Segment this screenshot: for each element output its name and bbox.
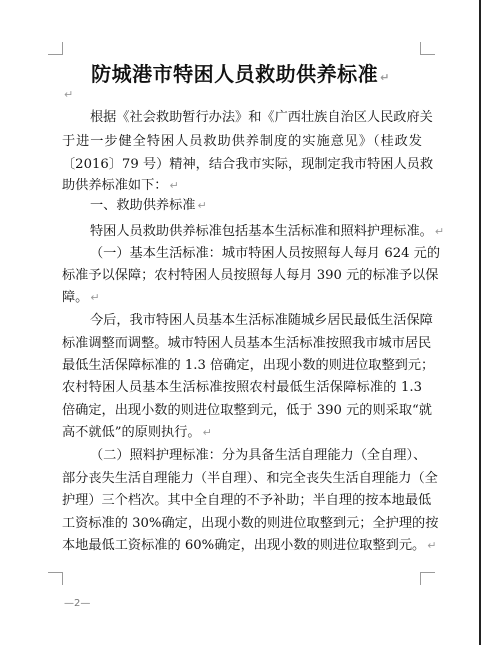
text-line: 一、救助供养标准↵ xyxy=(90,197,422,215)
page-number: —2— xyxy=(64,598,90,609)
text-line-content: 工资标准的 30%确定，出现小数的则进位取整到元；全护理的按 xyxy=(62,516,438,531)
text-line-content: 本地最低工资标准的 60%确定，出现小数的则进位取整到元。 xyxy=(62,538,425,553)
text-line: 倍确定，出现小数的则进位取整到元，低于 390 元的则采取“就 xyxy=(62,402,422,420)
text-line: 标准调整而调整。城市特困人员基本生活标准按照我市城市居民 xyxy=(62,335,422,353)
text-line-content: 护理）三个档次。其中全自理的不予补助；半自理的按本地最低 xyxy=(62,493,431,508)
text-line-content: 农村特困人员基本生活标准按照农村最低生活保障标准的 1.3 xyxy=(62,380,422,395)
text-line: 障。↵ xyxy=(62,289,422,307)
text-line-content: 特困人员救助供养标准包括基本生活标准和照料护理标准。 xyxy=(90,224,433,239)
text-line-content: 〔2016〕79 号）精神，结合我市实际，现制定我市特困人员救 xyxy=(62,157,433,172)
text-line: （二）照料护理标准：分为具备生活自理能力（全自理）、 xyxy=(90,447,422,465)
paragraph-mark-icon: ↵ xyxy=(170,179,179,192)
text-line-content: 助供养标准如下： xyxy=(62,178,168,193)
text-line: 部分丧失生活自理能力（半自理）、和完全丧失生活自理能力（全 xyxy=(62,470,422,488)
text-line-content: 倍确定，出现小数的则进位取整到元，低于 390 元的则采取“就 xyxy=(62,403,432,418)
empty-paragraph-mark-icon: ↵ xyxy=(64,88,73,101)
paragraph-mark-icon: ↵ xyxy=(427,539,436,552)
paragraph-mark-icon: ↵ xyxy=(90,291,99,304)
paragraph-mark-icon: ↵ xyxy=(435,225,444,238)
text-line: 标准予以保障；农村特困人员按照每人每月 390 元的标准予以保 xyxy=(62,267,422,285)
text-line-content: （二）照料护理标准：分为具备生活自理能力（全自理）、 xyxy=(90,448,426,463)
text-line: 高不就低”的原则执行。↵ xyxy=(62,424,422,442)
paragraph-mark-icon: ↵ xyxy=(380,71,390,84)
document-title-text: 防城港市特困人员救助供养标准 xyxy=(91,62,378,86)
crop-mark-top-right xyxy=(420,42,435,55)
crop-mark-bottom-left xyxy=(48,572,63,585)
paragraph-mark-icon: ↵ xyxy=(198,199,207,212)
text-line: （一）基本生活标准：城市特困人员按照每人每月 624 元的 xyxy=(90,245,422,263)
text-line-content: 今后，我市特困人员基本生活标准随城乡居民最低生活保障 xyxy=(90,313,433,328)
crop-mark-top-left xyxy=(48,42,63,55)
text-line: 根据《社会救助暂行办法》和《广西壮族自治区人民政府关 xyxy=(90,109,422,127)
document-title: 防城港市特困人员救助供养标准↵ xyxy=(0,58,481,87)
text-line: 本地最低工资标准的 60%确定，出现小数的则进位取整到元。↵ xyxy=(62,537,422,555)
text-line-content: 障。 xyxy=(62,290,88,305)
crop-mark-bottom-right xyxy=(420,572,435,585)
paragraph-mark-icon: ↵ xyxy=(203,426,212,439)
text-line: 农村特困人员基本生活标准按照农村最低生活保障标准的 1.3 xyxy=(62,379,422,397)
text-line-content: （一）基本生活标准：城市特困人员按照每人每月 624 元的 xyxy=(90,246,440,261)
text-line: 〔2016〕79 号）精神，结合我市实际，现制定我市特困人员救 xyxy=(62,156,422,174)
text-line: 于进一步健全特困人员救助供养制度的实施意见》（桂政发 xyxy=(62,133,422,151)
text-line-content: 高不就低”的原则执行。 xyxy=(62,425,201,440)
text-line-content: 部分丧失生活自理能力（半自理）、和完全丧失生活自理能力（全 xyxy=(62,471,438,486)
text-line-content: 于进一步健全特困人员救助供养制度的实施意见》（桂政发 xyxy=(62,134,422,149)
text-line-content: 根据《社会救助暂行办法》和《广西壮族自治区人民政府关 xyxy=(90,110,433,125)
text-line-content: 最低生活保障标准的 1.3 倍确定，出现小数的则进位取整到元； xyxy=(62,358,434,373)
text-line: 助供养标准如下：↵ xyxy=(62,177,422,195)
text-line: 护理）三个档次。其中全自理的不予补助；半自理的按本地最低 xyxy=(62,492,422,510)
text-line-content: 标准调整而调整。城市特困人员基本生活标准按照我市城市居民 xyxy=(62,336,431,351)
text-line-content: 一、救助供养标准 xyxy=(90,198,196,213)
text-line: 工资标准的 30%确定，出现小数的则进位取整到元；全护理的按 xyxy=(62,515,422,533)
text-line: 最低生活保障标准的 1.3 倍确定，出现小数的则进位取整到元； xyxy=(62,357,422,375)
text-line: 今后，我市特困人员基本生活标准随城乡居民最低生活保障 xyxy=(90,312,422,330)
text-line: 特困人员救助供养标准包括基本生活标准和照料护理标准。↵ xyxy=(90,223,422,241)
text-line-content: 标准予以保障；农村特困人员按照每人每月 390 元的标准予以保 xyxy=(62,268,438,283)
